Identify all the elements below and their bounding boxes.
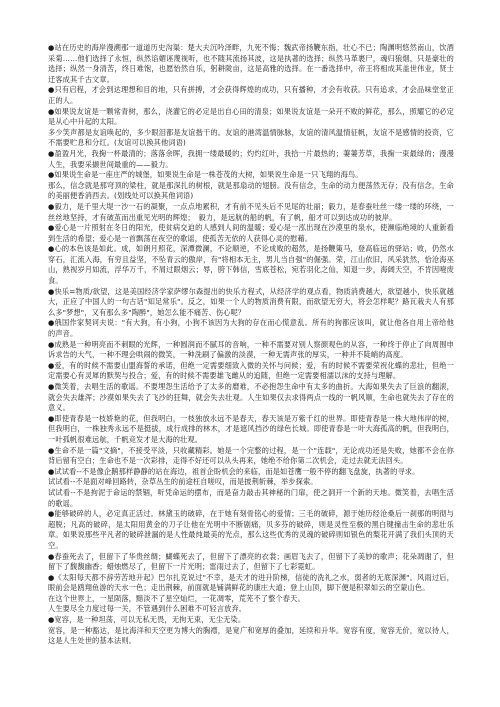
paragraph-willpower: ●毅力，是千里大堤一沙一石的凝聚，一点点地累积，才有前不见头后不见尾的壮丽；毅力… xyxy=(48,202,454,223)
paragraph-broken: ●能够破碎的人，必定真正活过。林黛玉的破碎，在于她有刻骨铭心的爱情；三毛的破碎，… xyxy=(48,509,454,551)
paragraph-journey: ●只有启程，才会到达理想和目的地，只有拼搏，才会获得辉煌的成功，只有播种，才会有… xyxy=(48,85,454,106)
paragraph-tolerance-2: 宽容，是一种豁达，是比海洋和天空更为博大的胸襟，是宽广和宽厚的叠加，延续和升华。… xyxy=(48,626,454,647)
paragraph-youth: ●即使青春是一枝娇艳的花，但我明白，一枝独放永远不是春天，春天该是万紫千红的世界… xyxy=(48,414,454,446)
paragraph-love: ●爱，有的时候不需要山盟海誓的承诺，但绝一定需要细致入微的关怀与问候；爱，有的时… xyxy=(48,361,454,382)
paragraph-try-2: 试试看--不是面对峰回路转，杂草丛生的前途枉自嗟叹，而是披荆斩棘，举步探索。 xyxy=(48,477,454,488)
paragraph-happiness-formula: ●快乐=物质/欲望，这是美国经济学家萨缪尔森提出的快乐方程式，从经济学的观点看，… xyxy=(48,287,454,319)
paragraph-chekhov-quote: ●俄国作家契诃夫说："有大狗，有小狗，小狗不该因为大狗的存在而心慌意乱。所有的狗… xyxy=(48,318,454,339)
paragraph-friendship-1: ●如果说友谊是一颗常青树，那么，浇灌它的必定是出自心田的清泉；如果说友谊是一朵开… xyxy=(48,107,454,128)
paragraph-smile-life: ●微笑着，去唱生活的歌谣。不要埋怨生活给予了太多的磨难，不必抱怨生命中有太多的曲… xyxy=(48,382,454,414)
paragraph-life-metaphor: ●如果说生命是一座庄严的城堡，如果说生命是一株苍茂的大树，如果说生命是一只飞翔的… xyxy=(48,170,454,181)
paragraph-friendship-2: 多少笑声都是友谊唤起的，多少眼泪都是友谊揩干的。友谊的港湾温情脉脉，友谊的清风温… xyxy=(48,128,454,149)
paragraph-compassion: ●爱心是一片照射在冬日的阳光，使贫病交迫的人感到人间的温暖；爱心是一泓出现在沙漠… xyxy=(48,223,454,244)
paragraph-world-star: 在这个世界上，一星陨落，黯淡不了星空灿烂，一花凋零，荒芜不了整个春天。 xyxy=(48,594,454,605)
paragraph-belief: 那么，信念就是那穹顶的梁柱，就是那深扎的树根，就是那扇动的翅膀。没有信念，生命的… xyxy=(48,181,454,202)
paragraph-perseverance-moonlight: ●盈盈月光，我掬一杯最清的；落落余晖，我拥一缕最暖的；灼灼红叶，我拾一片最热的；… xyxy=(48,149,454,170)
paragraph-history-choices: ●站在历史的海岸漫溯那一道道历史沟渠：楚大夫沉吟泽畔，九死不悔；魏武帝扬鞭东指，… xyxy=(48,43,454,85)
paragraph-maturity: ●成熟是一种明亮而不刺眼的光辉，一种圆润而不腻耳的音响，一种不需要对别人察颜观色… xyxy=(48,340,454,361)
paragraph-never-give-up: 人生要尽全力度过每一关，不管遇到什么困难不可轻言放弃。 xyxy=(48,604,454,615)
paragraph-try-3: 试试看--不是拘泥于命运的禁锢，听凭命运的摆布，而是奋力敲击其神秘的门扉，使之洞… xyxy=(48,488,454,509)
paragraph-sun-rises: ●《太阳每天都不辞劳苦地升起》巴尔扎克说过"不幸，是天才的进升阶梯，信徒的洗礼之… xyxy=(48,573,454,594)
paragraph-tolerance-1: ●宽容，是一种坦荡，可以无私无畏，无拘无束，无尘无染。 xyxy=(48,615,454,626)
paragraph-life-not-digest: ●生命不是一篇"文摘"，不接受平淡，只收藏精彩。她是一个完整的过程，是一个"连载… xyxy=(48,446,454,467)
paragraph-heart-nature: ●心的本色该是如此。成，如朗月照花，深潭微澜，不论顺逆，不论成败的超然，是扬鞭策… xyxy=(48,244,454,286)
document-page: ●站在历史的海岸漫溯那一道道历史沟渠：楚大夫沉吟泽畔，九死不悔；魏武帝扬鞭东指，… xyxy=(48,43,454,647)
paragraph-try-1: ●试试看--不是像企鹅那样静静的站在海边，祖首企盼机会的来临，而是如苍鹰一般不停… xyxy=(48,467,454,478)
paragraph-legacy: ●春蚕死去了，但留下了华贵丝绸；蝴蝶死去了，但留下了漂亮的衣裳；画眉飞去了，但留… xyxy=(48,552,454,573)
